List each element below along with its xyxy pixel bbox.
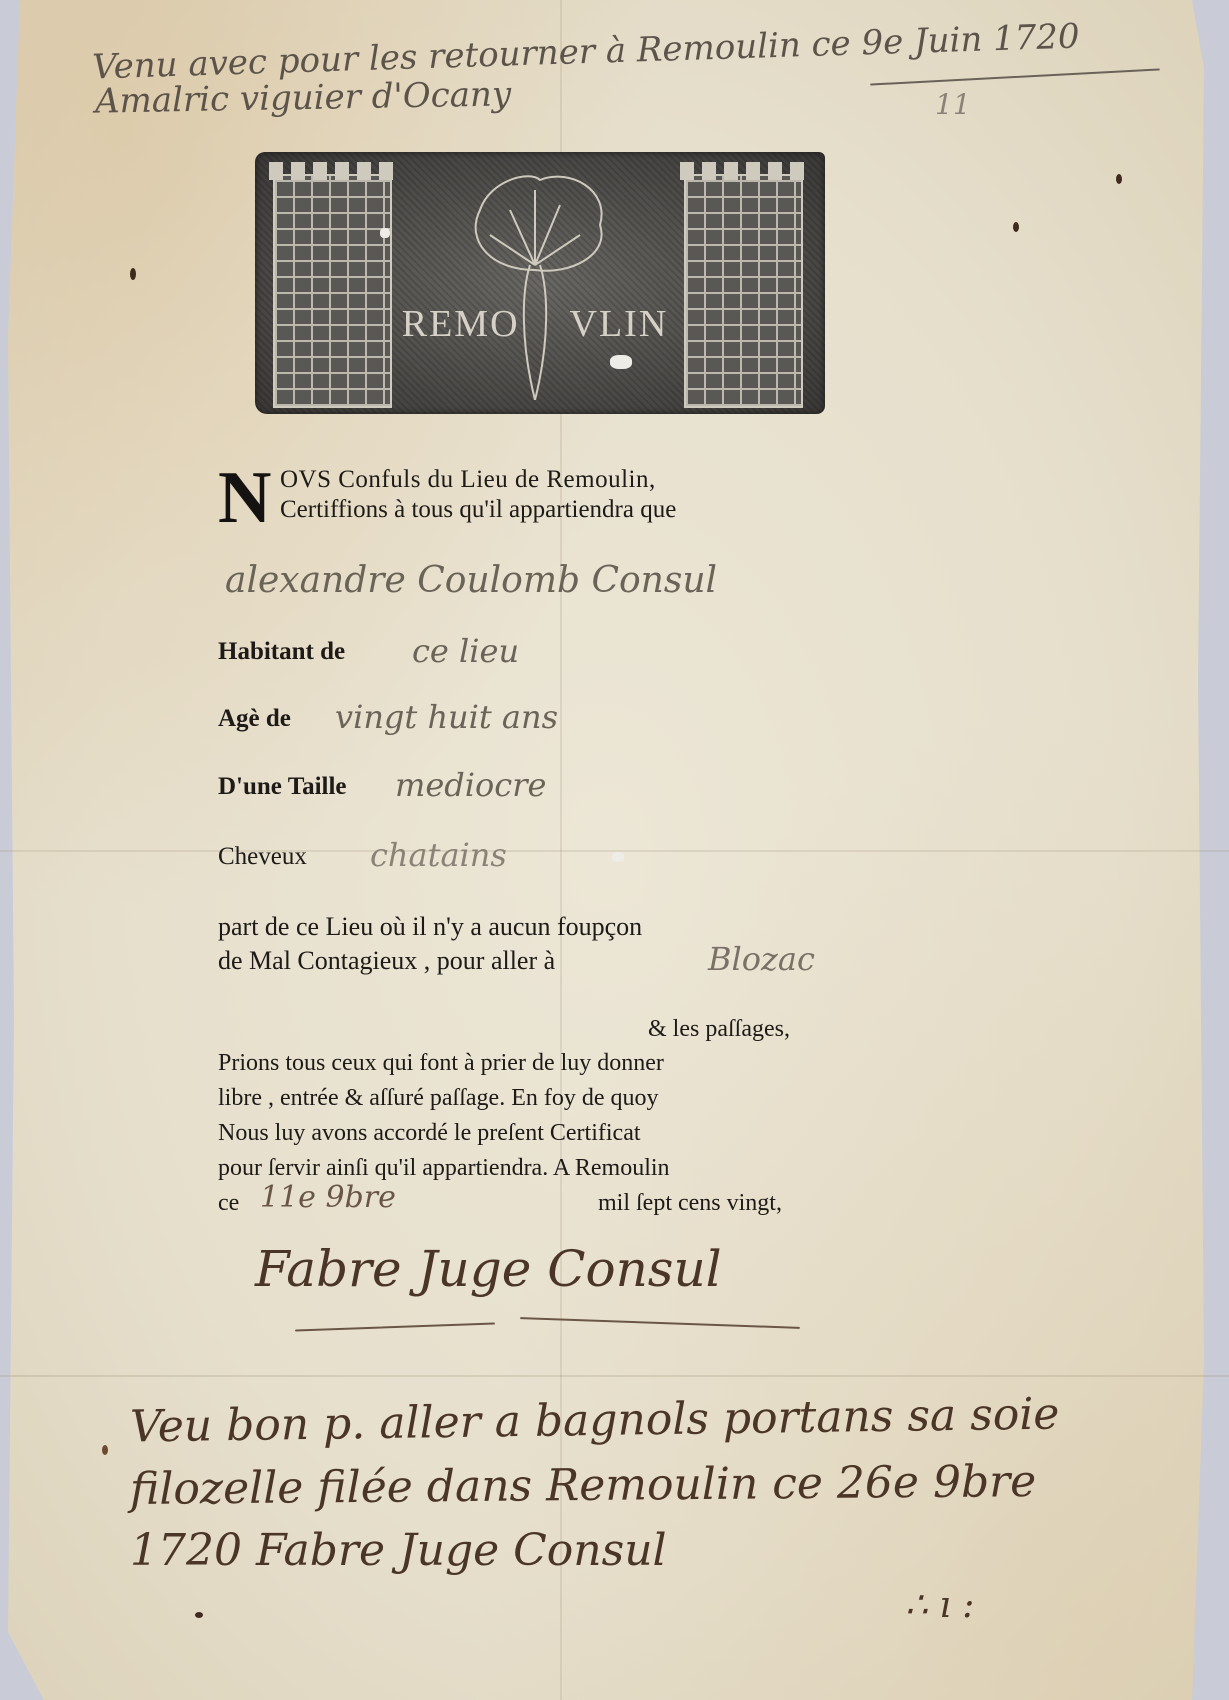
value-date: 11e 9bre	[260, 1180, 396, 1215]
ink-speck	[130, 268, 136, 280]
bottom-marks: ∴ ı :	[905, 1585, 974, 1626]
label-habitant: Habitant de	[218, 638, 345, 666]
label-age: Agè de	[218, 705, 291, 733]
value-age: vingt huit ans	[335, 698, 558, 736]
closing-line-3: Nous luy avons accordé le preſent Certif…	[218, 1120, 641, 1147]
closing-line-2: libre , entrée & aſſuré paſſage. En foy …	[218, 1085, 659, 1112]
tower-left-icon	[273, 174, 392, 408]
date-prefix: ce	[218, 1190, 239, 1217]
body-line-1: part de ce Lieu où il n'y a aucun foupço…	[218, 912, 642, 942]
value-habitant: ce lieu	[412, 632, 519, 670]
value-cheveux: chatains	[370, 836, 507, 874]
woodcut-title-left: REMO	[402, 303, 520, 345]
bearer-name: alexandre Coulomb Consul	[225, 560, 717, 601]
body-line-2: de Mal Contagieux , pour aller à	[218, 946, 555, 976]
paper-hole	[610, 355, 632, 369]
closing-line-4: pour ſervir ainſi qu'il appartiendra. A …	[218, 1155, 670, 1182]
paper-hole	[380, 228, 390, 238]
fold-line-horizontal	[0, 1375, 1229, 1377]
woodcut-title: REMOVLIN	[385, 302, 685, 346]
ink-speck	[195, 1612, 203, 1618]
dropcap-letter: N	[218, 468, 271, 528]
tree-icon	[450, 170, 620, 400]
woodcut-title-right: VLIN	[570, 303, 669, 345]
bottom-annotation-line3: 1720 Fabre Juge Consul	[130, 1525, 667, 1576]
bottom-annotation-line2: filozelle filée dans Remoulin ce 26e 9br…	[130, 1456, 1037, 1515]
ink-speck	[1013, 222, 1019, 232]
intro-line-2: Certiffions à tous qu'il appartiendra qu…	[280, 496, 676, 524]
ink-speck	[1116, 174, 1122, 184]
woodcut-emblem: REMOVLIN	[255, 152, 825, 414]
paper-hole	[612, 852, 624, 862]
tower-right-icon	[684, 174, 803, 408]
ink-speck	[102, 1445, 108, 1455]
date-suffix: mil ſept cens vingt,	[598, 1190, 782, 1217]
closing-line-1: Prions tous ceux qui font à prier de luy…	[218, 1050, 664, 1077]
marginal-mark: 11	[935, 88, 971, 121]
value-destination: Blozac	[708, 940, 815, 978]
top-annotation-line2: Amalric viguier d'Ocany	[95, 74, 512, 121]
passages-text: & les paſſages,	[648, 1016, 790, 1043]
signature: Fabre Juge Consul	[255, 1240, 722, 1298]
value-taille: mediocre	[395, 766, 546, 804]
label-cheveux: Cheveux	[218, 843, 307, 871]
label-taille: D'une Taille	[218, 773, 347, 801]
intro-line-1: OVS Confuls du Lieu de Remoulin,	[280, 466, 656, 494]
